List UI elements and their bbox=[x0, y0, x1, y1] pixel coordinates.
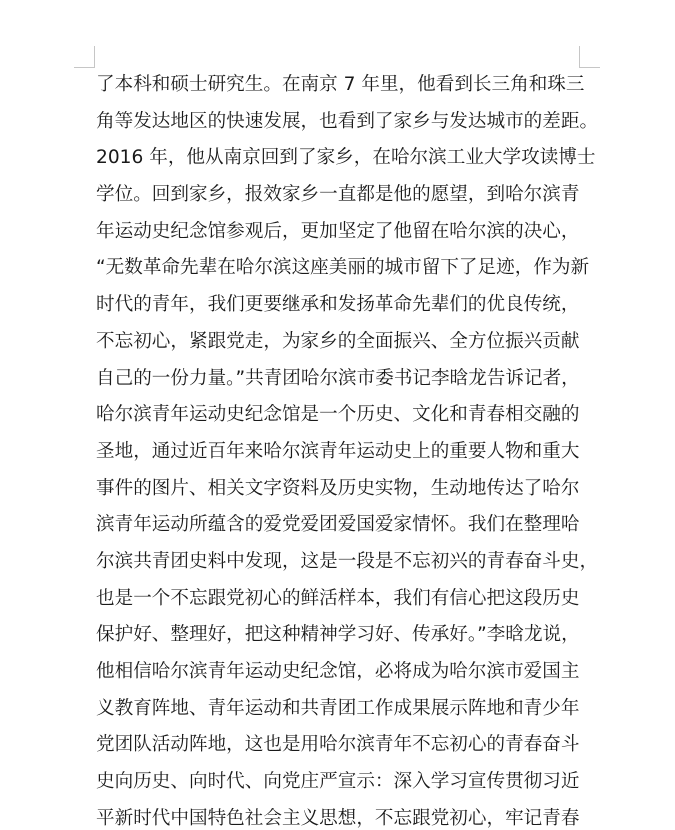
text-line: 不忘初心，紧跟党走，为家乡的全面振兴、全方位振兴贡献 bbox=[96, 324, 579, 361]
document-page: 了本科和硕士研究生。在南京 7 年里，他看到长三角和珠三 角等发达地区的快速发展… bbox=[0, 0, 675, 830]
text-line: 时代的青年，我们更要继承和发扬革命先辈们的优良传统， bbox=[96, 287, 579, 324]
text-line: 圣地，通过近百年来哈尔滨青年运动史上的重要人物和重大 bbox=[96, 434, 579, 471]
text-line: 哈尔滨青年运动史纪念馆是一个历史、文化和青春相交融的 bbox=[96, 397, 579, 434]
margin-corner-mark-top-right bbox=[579, 46, 600, 68]
text-line: “无数革命先辈在哈尔滨这座美丽的城市留下了足迹，作为新 bbox=[96, 250, 579, 287]
body-paragraph[interactable]: 了本科和硕士研究生。在南京 7 年里，他看到长三角和珠三 角等发达地区的快速发展… bbox=[96, 67, 579, 830]
text-line: 尔滨共青团史料中发现，这是一段是不忘初兴的青春奋斗史， bbox=[96, 544, 579, 581]
text-line: 事件的图片、相关文字资料及历史实物，生动地传达了哈尔 bbox=[96, 471, 579, 508]
text-line: 了本科和硕士研究生。在南京 7 年里，他看到长三角和珠三 bbox=[96, 67, 579, 104]
text-line: 自己的一份力量。”共青团哈尔滨市委书记李晗龙告诉记者， bbox=[96, 361, 579, 398]
text-line: 保护好、整理好，把这种精神学习好、传承好。”李晗龙说， bbox=[96, 617, 579, 654]
text-line: 2016 年，他从南京回到了家乡，在哈尔滨工业大学攻读博士 bbox=[96, 140, 579, 177]
margin-corner-mark-top-left bbox=[74, 46, 95, 68]
text-line: 义教育阵地、青年运动和共青团工作成果展示阵地和青少年 bbox=[96, 691, 579, 728]
text-line: 也是一个不忘跟党初心的鲜活样本，我们有信心把这段历史 bbox=[96, 581, 579, 618]
text-line: 他相信哈尔滨青年运动史纪念馆，必将成为哈尔滨市爱国主 bbox=[96, 654, 579, 691]
text-line: 角等发达地区的快速发展，也看到了家乡与发达城市的差距。 bbox=[96, 104, 579, 141]
text-line: 滨青年运动所蕴含的爱党爱团爱国爱家情怀。我们在整理哈 bbox=[96, 507, 579, 544]
text-line: 年运动史纪念馆参观后，更加坚定了他留在哈尔滨的决心， bbox=[96, 214, 579, 251]
text-line: 史向历史、向时代、向党庄严宣示：深入学习宣传贯彻习近 bbox=[96, 764, 579, 801]
text-line: 学位。回到家乡，报效家乡一直都是他的愿望，到哈尔滨青 bbox=[96, 177, 579, 214]
text-line: 党团队活动阵地，这也是用哈尔滨青年不忘初心的青春奋斗 bbox=[96, 727, 579, 764]
text-line: 平新时代中国特色社会主义思想，不忘跟党初心，牢记青春 bbox=[96, 801, 579, 830]
